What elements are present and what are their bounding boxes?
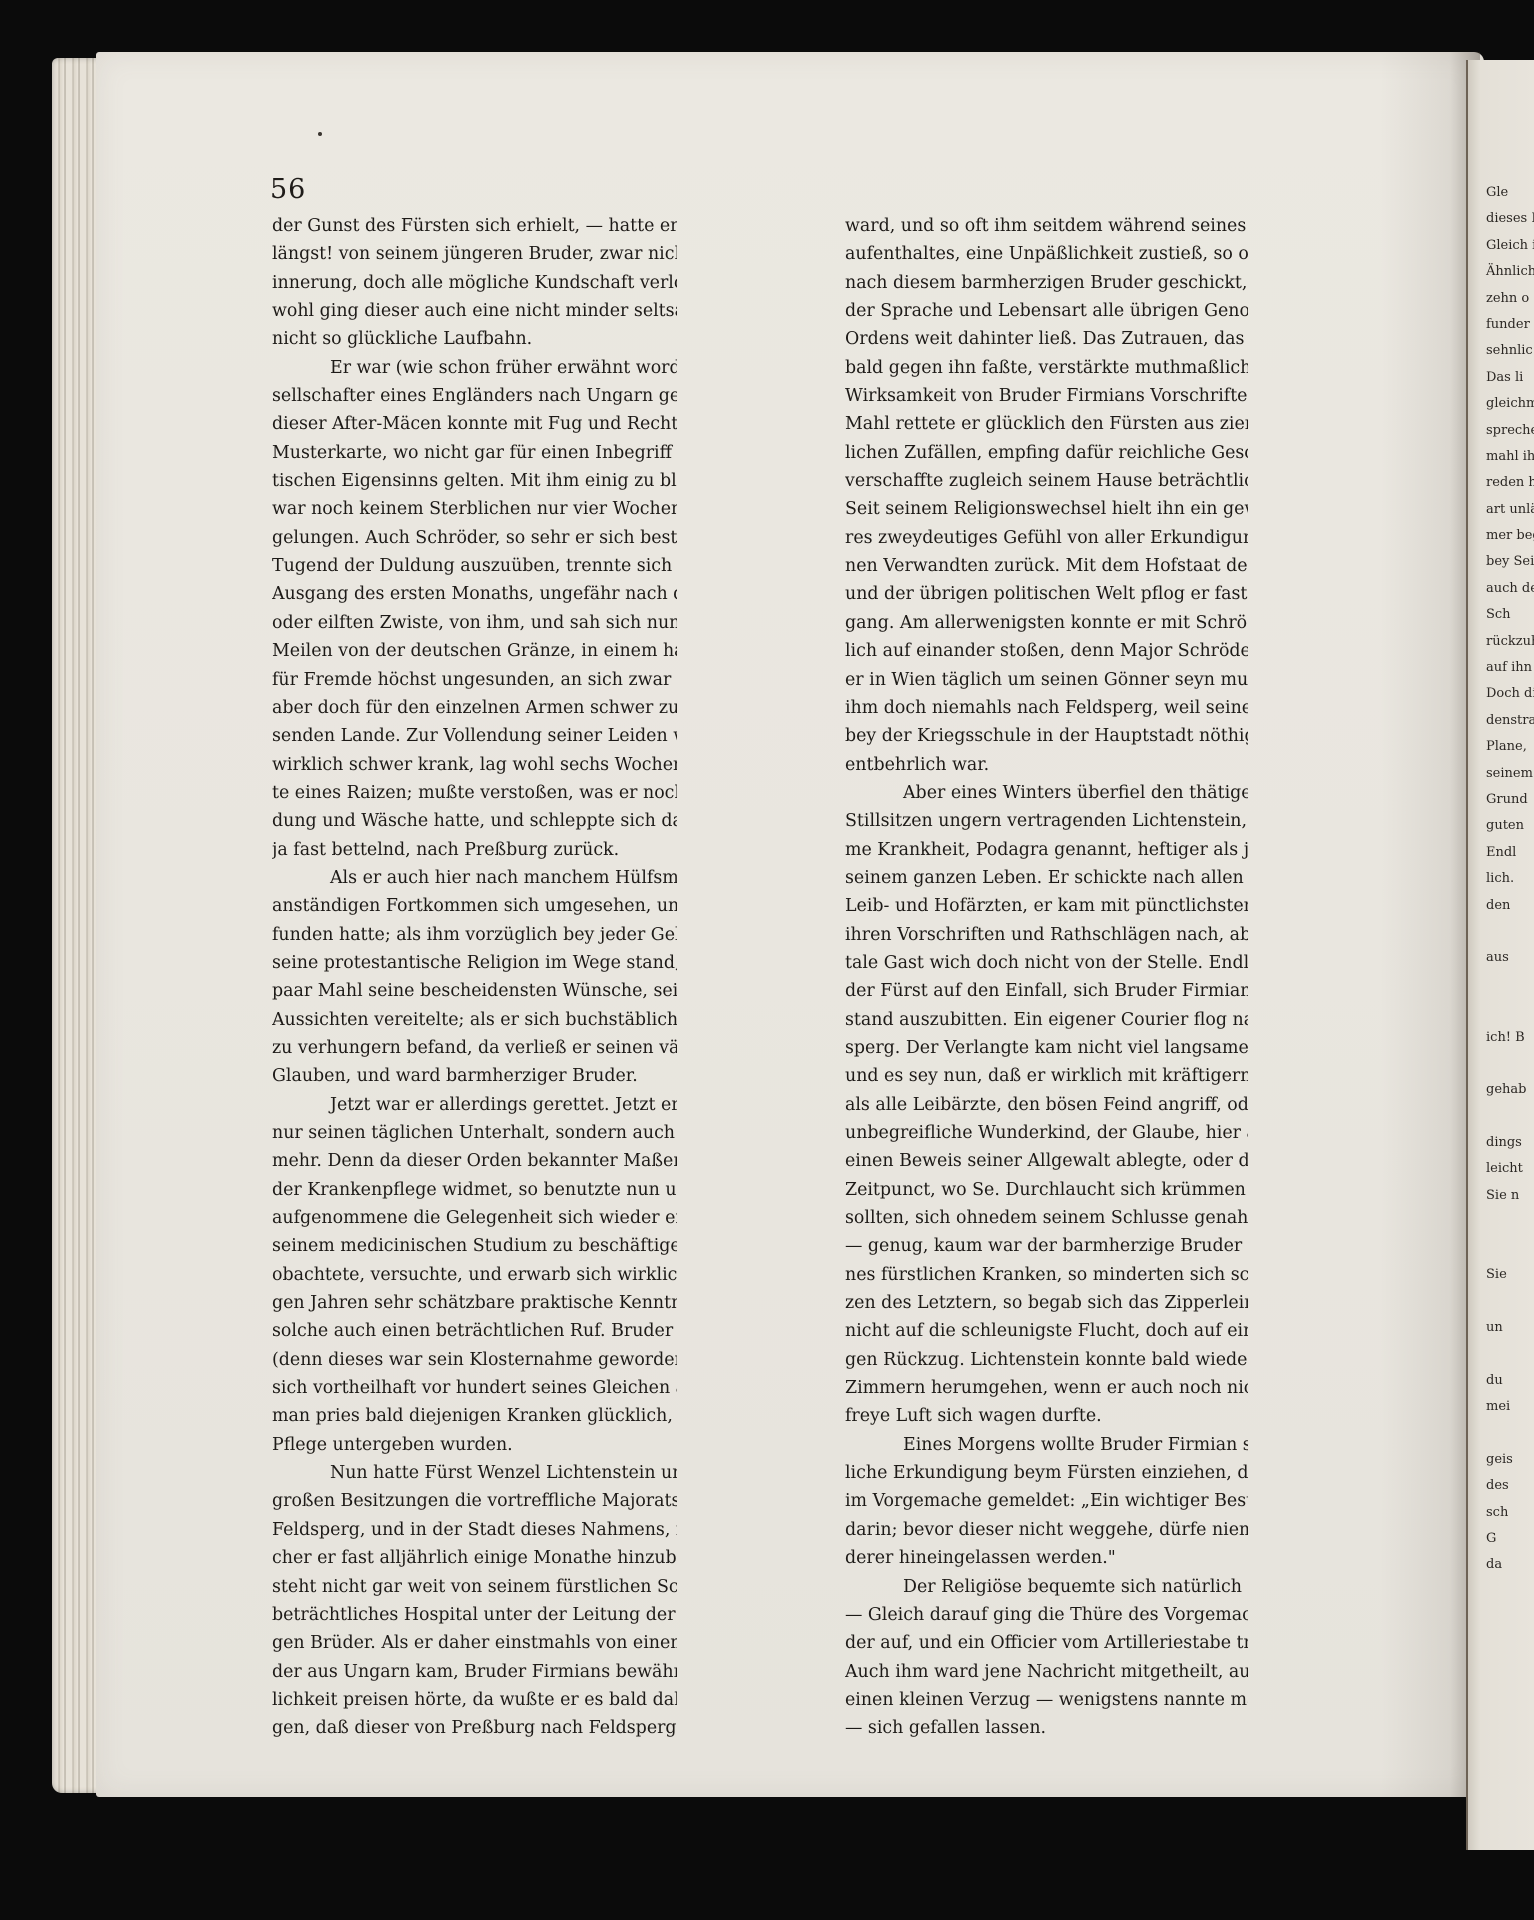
facing-text-fragment: funder	[1486, 312, 1534, 338]
text-line: Jetzt war er allerdings gerettet. Jetzt …	[272, 1091, 677, 1119]
text-line: einen kleinen Verzug — wenigstens nannte…	[845, 1686, 1248, 1714]
text-line: längst! von seinem jüngeren Bruder, zwar…	[272, 240, 677, 268]
text-line: zu verhungern befand, da verließ er sein…	[272, 1034, 677, 1062]
text-line: bald gegen ihn faßte, verstärkte muthmaß…	[845, 354, 1248, 382]
text-line: dieser After-Mäcen konnte mit Fug und Re…	[272, 410, 677, 438]
text-line: stand auszubitten. Ein eigener Courier f…	[845, 1006, 1248, 1034]
text-line: mehr. Denn da dieser Orden bekannter Maß…	[272, 1147, 677, 1175]
text-line: Glauben, und ward barmherziger Bruder.	[272, 1062, 677, 1090]
facing-text-fragment: auf ihn	[1486, 655, 1534, 681]
text-line: Mahl rettete er glücklich den Fürsten au…	[845, 410, 1248, 438]
text-line: entbehrlich war.	[845, 751, 1248, 779]
facing-text-fragment: dieses L	[1486, 206, 1534, 232]
facing-text-fragment	[1486, 1051, 1534, 1077]
text-line: anständigen Fortkommen sich umgesehen, u…	[272, 892, 677, 920]
text-line: Der Religiöse bequemte sich natürlich zu…	[845, 1573, 1248, 1601]
facing-text-fragment: lich.	[1486, 866, 1534, 892]
text-line: Seit seinem Religionswechsel hielt ihn e…	[845, 495, 1248, 523]
ink-speck	[318, 132, 322, 136]
text-line: für Fremde höchst ungesunden, an sich zw…	[272, 666, 677, 694]
text-line: Musterkarte, wo nicht gar für einen Inbe…	[272, 439, 677, 467]
facing-text-fragment: denstra	[1486, 708, 1534, 734]
text-line: ja fast bettelnd, nach Preßburg zurück.	[272, 836, 677, 864]
facing-text-fragment	[1486, 1209, 1534, 1235]
text-line: lichen Zufällen, empfing dafür reichlich…	[845, 439, 1248, 467]
text-line: cher er fast alljährlich einige Monathe …	[272, 1544, 677, 1572]
text-line: solche auch einen beträchtlichen Ruf. Br…	[272, 1317, 677, 1345]
text-line: sollten, sich ohnedem seinem Schlusse ge…	[845, 1204, 1248, 1232]
text-line: und der übrigen politischen Welt pflog e…	[845, 580, 1248, 608]
facing-text-fragment: mer begr	[1486, 523, 1534, 549]
facing-text-fragment	[1486, 1288, 1534, 1314]
facing-page-text-fragments: Gledieses LGleich iÄhnlichzehn ofunderse…	[1486, 180, 1534, 1579]
facing-text-fragment: den	[1486, 893, 1534, 919]
text-line: nur seinen täglichen Unterhalt, sondern …	[272, 1119, 677, 1147]
text-line: darin; bevor dieser nicht weggehe, dürfe…	[845, 1516, 1248, 1544]
text-line: gen, daß dieser von Preßburg nach Feldsp…	[272, 1714, 677, 1742]
text-line: bey der Kriegsschule in der Hauptstadt n…	[845, 722, 1248, 750]
facing-text-fragment: bey Seit	[1486, 549, 1534, 575]
text-line: seinem ganzen Leben. Er schickte nach al…	[845, 864, 1248, 892]
book-scan: Gledieses LGleich iÄhnlichzehn ofunderse…	[0, 0, 1534, 1920]
page-number: 56	[270, 174, 306, 205]
text-line: im Vorgemache gemeldet: „Ein wichtiger B…	[845, 1487, 1248, 1515]
facing-text-fragment	[1486, 1420, 1534, 1446]
facing-text-fragment: reden h	[1486, 470, 1534, 496]
text-line: nen Verwandten zurück. Mit dem Hofstaat …	[845, 552, 1248, 580]
facing-text-fragment: Ähnlich	[1486, 259, 1534, 285]
facing-page-edge: Gledieses LGleich iÄhnlichzehn ofunderse…	[1466, 60, 1534, 1850]
facing-text-fragment: mei	[1486, 1394, 1534, 1420]
text-line: zen des Letztern, so begab sich das Zipp…	[845, 1289, 1248, 1317]
text-line: aber doch für den einzelnen Armen schwer…	[272, 694, 677, 722]
facing-text-fragment: Doch di	[1486, 681, 1534, 707]
text-line: sperg. Der Verlangte kam nicht viel lang…	[845, 1034, 1248, 1062]
facing-text-fragment: Sch	[1486, 602, 1534, 628]
text-line: funden hatte; als ihm vorzüglich bey jed…	[272, 921, 677, 949]
gutter-shadow	[1380, 52, 1480, 1797]
facing-text-fragment: Sie n	[1486, 1183, 1534, 1209]
facing-text-fragment	[1486, 1341, 1534, 1367]
text-line: Pflege untergeben wurden.	[272, 1431, 677, 1459]
facing-text-fragment: sprechen	[1486, 418, 1534, 444]
facing-text-fragment	[1486, 1236, 1534, 1262]
text-line: tischen Eigensinns gelten. Mit ihm einig…	[272, 467, 677, 495]
text-line: großen Besitzungen die vortreffliche Maj…	[272, 1487, 677, 1515]
text-line: — genug, kaum war der barmherzige Bruder…	[845, 1232, 1248, 1260]
text-line: der Krankenpflege widmet, so benutzte nu…	[272, 1176, 677, 1204]
text-line: Eines Morgens wollte Bruder Firmian sein…	[845, 1431, 1248, 1459]
text-line: der Fürst auf den Einfall, sich Bruder F…	[845, 977, 1248, 1005]
text-line: Leib- und Hofärzten, er kam mit pünctlic…	[845, 892, 1248, 920]
facing-text-fragment	[1486, 1104, 1534, 1130]
text-line: gen Rückzug. Lichtenstein konnte bald wi…	[845, 1346, 1248, 1374]
facing-text-fragment: Endl	[1486, 840, 1534, 866]
facing-text-fragment: da	[1486, 1552, 1534, 1578]
text-line: liche Erkundigung beym Fürsten einziehen…	[845, 1459, 1248, 1487]
facing-text-fragment	[1486, 972, 1534, 998]
text-line: Wirksamkeit von Bruder Firmians Vorschri…	[845, 382, 1248, 410]
facing-text-fragment: Gle	[1486, 180, 1534, 206]
text-line: steht nicht gar weit von seinem fürstlic…	[272, 1573, 677, 1601]
facing-text-fragment: zehn o	[1486, 286, 1534, 312]
text-line: paar Mahl seine bescheidensten Wünsche, …	[272, 977, 677, 1005]
text-line: ward, und so oft ihm seitdem während sei…	[845, 212, 1248, 240]
text-line: er in Wien täglich um seinen Gönner seyn…	[845, 666, 1248, 694]
text-line: gelungen. Auch Schröder, so sehr er sich…	[272, 524, 677, 552]
text-line: te eines Raizen; mußte verstoßen, was er…	[272, 779, 677, 807]
facing-text-fragment: seinem	[1486, 761, 1534, 787]
text-line: und es sey nun, daß er wirklich mit kräf…	[845, 1062, 1248, 1090]
text-line: sich vortheilhaft vor hundert seines Gle…	[272, 1374, 677, 1402]
text-line: Aber eines Winters überfiel den thätigen…	[845, 779, 1248, 807]
text-line: einen Beweis seiner Allgewalt ablegte, o…	[845, 1147, 1248, 1175]
facing-text-fragment: geis	[1486, 1447, 1534, 1473]
text-line: dung und Wäsche hatte, und schleppte sic…	[272, 807, 677, 835]
facing-text-fragment: rückzuh	[1486, 629, 1534, 655]
text-line: — Gleich darauf ging die Thüre des Vorge…	[845, 1601, 1248, 1629]
facing-text-fragment: sehnlic	[1486, 338, 1534, 364]
facing-text-fragment: du	[1486, 1368, 1534, 1394]
text-line: der auf, und ein Officier vom Artillerie…	[845, 1629, 1248, 1657]
text-line: man pries bald diejenigen Kranken glückl…	[272, 1402, 677, 1430]
facing-text-fragment: un	[1486, 1315, 1534, 1341]
facing-text-fragment: dings	[1486, 1130, 1534, 1156]
text-line: aufgenommene die Gelegenheit sich wieder…	[272, 1204, 677, 1232]
text-line: Ordens weit dahinter ließ. Das Zutrauen,…	[845, 325, 1248, 353]
right-text-column: ward, und so oft ihm seitdem während sei…	[845, 212, 1248, 1743]
facing-text-fragment	[1486, 919, 1534, 945]
text-line: Tugend der Duldung auszuüben, trennte si…	[272, 552, 677, 580]
text-line: Zeitpunct, wo Se. Durchlaucht sich krümm…	[845, 1176, 1248, 1204]
text-line: Nun hatte Fürst Wenzel Lichtenstein unte…	[272, 1459, 677, 1487]
text-line: unbegreifliche Wunderkind, der Glaube, h…	[845, 1119, 1248, 1147]
text-line: Stillsitzen ungern vertragenden Lichtens…	[845, 807, 1248, 835]
facing-text-fragment	[1486, 998, 1534, 1024]
text-line: innerung, doch alle mögliche Kundschaft …	[272, 269, 677, 297]
facing-text-fragment: des	[1486, 1473, 1534, 1499]
facing-text-fragment: art unlä	[1486, 497, 1534, 523]
facing-text-fragment: gleichm	[1486, 391, 1534, 417]
text-line: (denn dieses war sein Klosternahme gewor…	[272, 1346, 677, 1374]
facing-text-fragment: Sie	[1486, 1262, 1534, 1288]
text-line: gen Brüder. Als er daher einstmahls von …	[272, 1629, 677, 1657]
text-line: der aus Ungarn kam, Bruder Firmians bewä…	[272, 1658, 677, 1686]
text-line: gang. Am allerwenigsten konnte er mit Sc…	[845, 609, 1248, 637]
text-line: me Krankheit, Podagra genannt, heftiger …	[845, 836, 1248, 864]
facing-text-fragment: Grund	[1486, 787, 1534, 813]
text-line: ihm doch niemahls nach Feldsperg, weil s…	[845, 694, 1248, 722]
text-line: oder eilften Zwiste, von ihm, und sah si…	[272, 609, 677, 637]
text-line: — sich gefallen lassen.	[845, 1714, 1248, 1742]
facing-text-fragment: auch den	[1486, 576, 1534, 602]
text-line: senden Lande. Zur Vollendung seiner Leid…	[272, 722, 677, 750]
text-line: beträchtliches Hospital unter der Leitun…	[272, 1601, 677, 1629]
text-line: Er war (wie schon früher erwähnt worden)…	[272, 354, 677, 382]
text-line: ihren Vorschriften und Rathschlägen nach…	[845, 921, 1248, 949]
facing-text-fragment: aus	[1486, 945, 1534, 971]
text-line: nicht so glückliche Laufbahn.	[272, 325, 677, 353]
text-line: wirklich schwer krank, lag wohl sechs Wo…	[272, 751, 677, 779]
text-line: Feldsperg, und in der Stadt dieses Nahme…	[272, 1516, 677, 1544]
text-line: lich auf einander stoßen, denn Major Sch…	[845, 637, 1248, 665]
left-text-column: der Gunst des Fürsten sich erhielt, — ha…	[272, 212, 677, 1743]
facing-text-fragment: Das li	[1486, 365, 1534, 391]
text-line: Aussichten vereitelte; als er sich buchs…	[272, 1006, 677, 1034]
text-line: der Sprache und Lebensart alle übrigen G…	[845, 297, 1248, 325]
facing-text-fragment: sch	[1486, 1500, 1534, 1526]
text-line: Als er auch hier nach manchem Hülfsmitte…	[272, 864, 677, 892]
text-line: sellschafter eines Engländers nach Ungar…	[272, 382, 677, 410]
text-line: war noch keinem Sterblichen nur vier Woc…	[272, 495, 677, 523]
text-line: der Gunst des Fürsten sich erhielt, — ha…	[272, 212, 677, 240]
text-line: verschaffte zugleich seinem Hause beträc…	[845, 467, 1248, 495]
text-line: derer hineingelassen werden."	[845, 1544, 1248, 1572]
text-line: lichkeit preisen hörte, da wußte er es b…	[272, 1686, 677, 1714]
facing-text-fragment: G	[1486, 1526, 1534, 1552]
text-line: nicht auf die schleunigste Flucht, doch …	[845, 1317, 1248, 1345]
facing-text-fragment: ich! B	[1486, 1025, 1534, 1051]
text-line: als alle Leibärzte, den bösen Feind angr…	[845, 1091, 1248, 1119]
text-line: seine protestantische Religion im Wege s…	[272, 949, 677, 977]
text-line: nes fürstlichen Kranken, so minderten si…	[845, 1261, 1248, 1289]
text-line: obachtete, versuchte, und erwarb sich wi…	[272, 1261, 677, 1289]
text-line: tale Gast wich doch nicht von der Stelle…	[845, 949, 1248, 977]
facing-text-fragment: Gleich i	[1486, 233, 1534, 259]
text-line: Auch ihm ward jene Nachricht mitgetheilt…	[845, 1658, 1248, 1686]
facing-text-fragment: gehab	[1486, 1077, 1534, 1103]
text-line: wohl ging dieser auch eine nicht minder …	[272, 297, 677, 325]
facing-text-fragment: Plane,	[1486, 734, 1534, 760]
text-line: freye Luft sich wagen durfte.	[845, 1402, 1248, 1430]
text-line: res zweydeutiges Gefühl von aller Erkund…	[845, 524, 1248, 552]
text-line: Meilen von der deutschen Gränze, in eine…	[272, 637, 677, 665]
text-line: Zimmern herumgehen, wenn er auch noch ni…	[845, 1374, 1248, 1402]
text-line: seinem medicinischen Studium zu beschäft…	[272, 1232, 677, 1260]
text-line: gen Jahren sehr schätzbare praktische Ke…	[272, 1289, 677, 1317]
facing-text-fragment: leicht	[1486, 1156, 1534, 1182]
facing-text-fragment: mahl ih	[1486, 444, 1534, 470]
text-line: aufenthaltes, eine Unpäßlichkeit zustieß…	[845, 240, 1248, 268]
text-line: Ausgang des ersten Monaths, ungefähr nac…	[272, 580, 677, 608]
facing-text-fragment: guten	[1486, 813, 1534, 839]
text-line: nach diesem barmherzigen Bruder geschick…	[845, 269, 1248, 297]
